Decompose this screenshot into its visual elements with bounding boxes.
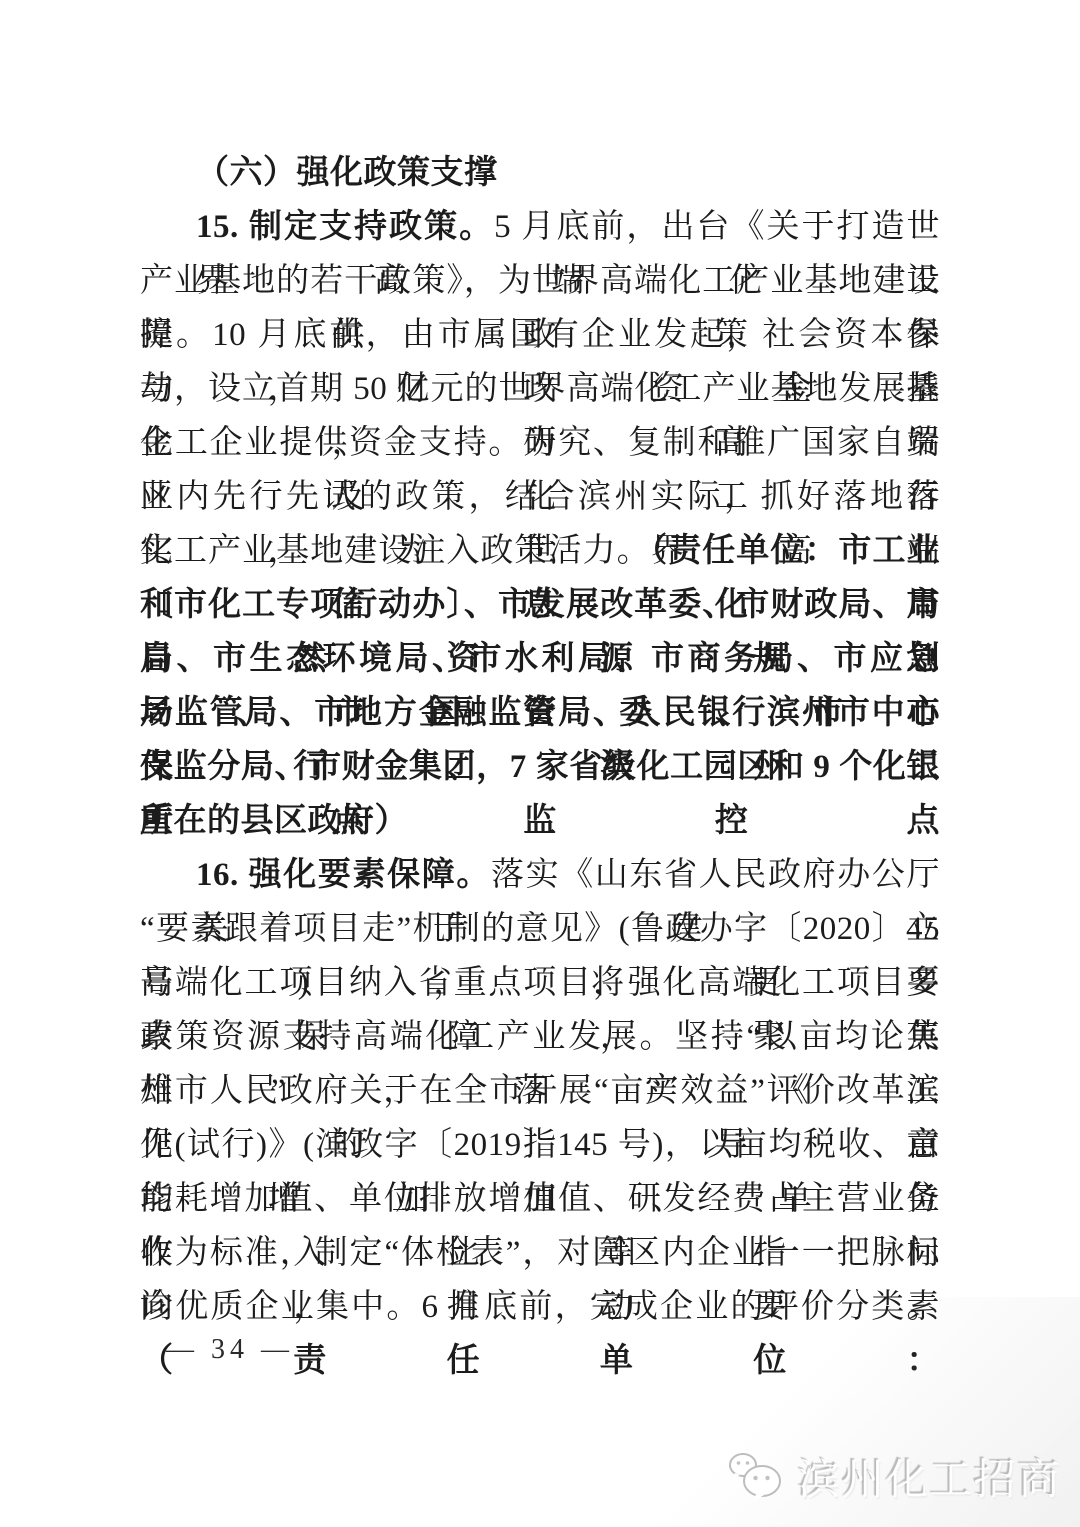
document-body: （六）强化政策支撑15. 制定支持政策。5 月底前，出台《关于打造世界高端化工产… — [140, 146, 940, 1334]
text-line: 保监分局、市财金集团，7 家省级化工园区和 9 个化工重点监控点 — [140, 740, 940, 794]
text-line: （六）强化政策支撑 — [140, 146, 940, 200]
text-line: 高端化工项目纳入省重点项目，强化高端化工项目要素保障，聚焦 — [140, 956, 940, 1010]
text-line: 局、市生态环境局、市水利局、市商务局、市应急局、市国资委、市市 — [140, 632, 940, 686]
text-line: 化工产业基地建设注入政策活力。（责任单位：市工业和信息化局 — [140, 524, 940, 578]
text-line: 作为标准，制定“体检表”，对园区内企业一一把脉问诊，推动要素 — [140, 1226, 940, 1280]
text-line: 场监管局、市地方金融监管局、人民银行滨州市中心支行、滨州银 — [140, 686, 940, 740]
text-line: “要素跟着项目走”机制的意见》(鲁政办字〔2020〕45 号)，将更多 — [140, 902, 940, 956]
wechat-icon — [726, 1451, 788, 1503]
text-line: 〔市化工专项行动办〕、市发展改革委、市财政局、市自然资源规划 — [140, 578, 940, 632]
text-run: 向优质企业集中。6 月底前，完成企业的评价分类。 — [140, 1289, 940, 1325]
document-page: （六）强化政策支撑15. 制定支持政策。5 月底前，出台《关于打造世界高端化工产… — [0, 0, 1080, 1527]
text-run: 化工产业基地建设注入政策活力。 — [140, 533, 651, 569]
text-run: 15. 制定支持政策。 — [196, 209, 494, 245]
text-line: 业内先行先试的政策，结合滨州实际，抓好落地落实，为世界高端 — [140, 470, 940, 524]
text-run: 16. 强化要素保障。 — [196, 857, 491, 893]
text-line: 见(试行)》(滨政字〔2019〕145 号)，以亩均税收、亩均增加值、单位 — [140, 1118, 940, 1172]
text-line: 16. 强化要素保障。落实《山东省人民政府办公厅关于建立 — [140, 848, 940, 902]
text-line: 产业基地的若干政策》，为世界高端化工产业基地建设提供政策保 — [140, 254, 940, 308]
text-run: 所在的县区政府） — [140, 803, 408, 839]
text-line: 动，设立首期 50 亿元的世界高端化工产业基地发展基金，为高端 — [140, 362, 940, 416]
text-run: （六）强化政策支撑 — [196, 155, 498, 191]
text-line: 障。10 月底前，由市属国有企业发起，社会资本参与，财政资金撬 — [140, 308, 940, 362]
text-line: 化工企业提供资金支持。研究、复制和推广国家自贸区及化工行 — [140, 416, 940, 470]
watermark: 滨州化工招商 — [726, 1447, 1062, 1507]
text-line: 能耗增加值、单位排放增加值、研发经费占主营业务收入比等指标 — [140, 1172, 940, 1226]
text-line: 政策资源支持高端化工产业发展。坚持“以亩均论英雄”，落实《滨 — [140, 1010, 940, 1064]
text-line: 15. 制定支持政策。5 月底前，出台《关于打造世界高端化工 — [140, 200, 940, 254]
text-line: 州市人民政府关于在全市开展“亩产效益”评价改革工作的指导意 — [140, 1064, 940, 1118]
page-number: — 34 — — [166, 1334, 294, 1366]
watermark-text: 滨州化工招商 — [798, 1447, 1062, 1507]
text-line: 向优质企业集中。6 月底前，完成企业的评价分类。（责任单位： — [140, 1280, 940, 1334]
